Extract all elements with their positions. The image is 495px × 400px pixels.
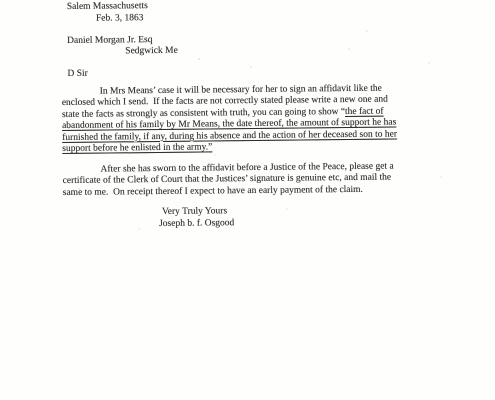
- underlined-clause: support before he enlisted in the army.”: [62, 142, 212, 154]
- paragraph-1: In Mrs Means’ case it will be necessary …: [62, 82, 463, 155]
- paragraph-2: After she has sworn to the affidavit bef…: [62, 160, 462, 199]
- letter-body: Salem Massachusetts Feb. 3, 1863 Daniel …: [61, 0, 463, 231]
- underlined-clause: the fact of: [345, 106, 384, 116]
- underlined-clause: furnished the family, if any, during his…: [62, 129, 397, 143]
- line-text: same to me. On receipt thereof I expect …: [63, 184, 363, 197]
- letter-scan-page: Salem Massachusetts Feb. 3, 1863 Daniel …: [0, 0, 495, 400]
